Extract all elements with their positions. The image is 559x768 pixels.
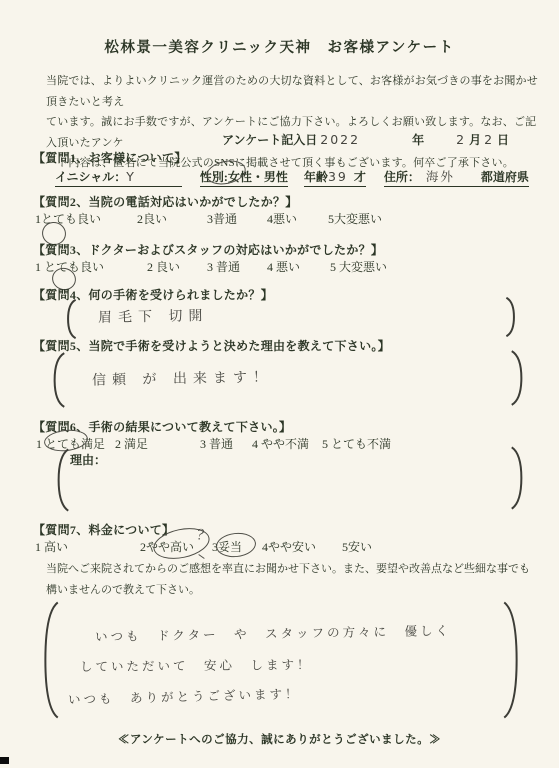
address-field: 住所：海外都道府県 [384,170,529,187]
option: 3普通 [207,210,237,227]
option: 3 普通 [200,435,233,452]
feedback-prompt-line: 構いませんので教えて下さい。 [46,580,546,601]
question-7-heading: 【質問7、料金について】 [33,521,174,538]
answer-bracket-left [56,448,70,512]
address-label: 住所： [384,170,420,184]
feedback-prompt: 当院へご来院されてからのご感想を率直にお聞かせ下さい。また、要望や改善点など些細… [46,559,546,600]
address-handwritten: 海外 [426,169,455,184]
date-month-handwritten: 2 [456,132,466,147]
scan-artifact-mark [0,757,9,764]
answer-bracket-right [510,446,524,510]
survey-date-line: アンケート記入日 2022 年 2 月 2 日 [222,131,509,148]
age-unit: 才 [354,170,366,184]
q4-answer-handwritten: 眉毛下 切開 [98,305,209,327]
option: 1 高い [35,538,68,555]
answer-bracket-right [502,600,520,720]
option: 2 満足 [115,435,148,452]
q5-answer-handwritten: 信頼 が 出来ます！ [92,366,273,389]
survey-form-page: 松林景一美容クリニック天神 お客様アンケート 当院では、よりよいクリニック運営の… [0,0,559,768]
option: 5大変悪い [328,210,382,227]
answer-bracket-right [510,350,524,406]
question-7-options: 1 高い 2やや高い 3妥当 4やや安い 5安い [0,538,559,555]
feedback-comment-handwritten: いつも ありがとうございます！ [68,684,301,708]
date-year-handwritten: 2022 [320,132,360,147]
answer-bracket-right [505,297,516,337]
age-label: 年齢 [304,170,328,184]
date-month-unit: 月 [469,131,481,148]
age-field: 年齢39才 [304,170,366,187]
q6-reason-label: 理由： [70,451,106,468]
question-3-options: 1 とても良い 2 良い 3 普通 4 悪い 5 大変悪い [0,258,559,275]
option: 5安い [342,538,372,555]
option: 2良い [137,210,167,227]
option: 4悪い [267,210,297,227]
answer-bracket-left [42,600,60,720]
page-title: 松林景一美容クリニック天神 お客様アンケート [0,36,559,57]
initial-field: イニシャル：Y [55,170,182,187]
intro-line: 当院では、よりよいクリニック運営のための大切な資料として、お客様がお気づきの事を… [46,71,544,112]
option: 4 やや不満 [252,435,309,452]
option: 2 良い [147,258,180,275]
question-3-heading: 【質問3、ドクターおよびスタッフの対応はいかがでしたか？】 [33,241,383,258]
date-day-unit: 日 [497,131,509,148]
question-1-fields: イニシャル：Y 性別:女性・男性 年齢39才 住所：海外都道府県 [55,167,529,185]
question-2-heading: 【質問2、当院の電話対応はいかがでしたか？】 [33,193,298,210]
date-label: アンケート記入日 [222,133,317,147]
feedback-comment-handwritten: いつも ドクター や スタッフの方々に 優しく [95,621,451,645]
pen-question-mark-annotation: ？ [196,524,213,546]
question-5-heading: 【質問5、当院で手術を受けようと決めた理由を教えて下さい。】 [33,337,390,354]
date-year-unit: 年 [412,131,424,148]
option: 3 普通 [207,258,240,275]
option: 5 大変悪い [330,258,387,275]
feedback-comment-handwritten: していただいて 安心 します！ [80,655,313,675]
option: 5 とても不満 [322,435,391,452]
initial-label: イニシャル： [55,170,126,184]
answer-bracket-left [66,299,77,339]
footer-thanks: ≪アンケートへのご協力、誠にありがとうございました。≫ [0,731,559,747]
question-1-heading: 【質問1、お客様について】 [33,149,187,166]
option: 4やや安い [262,538,316,555]
address-unit: 都道府県 [481,170,529,184]
date-day-handwritten: 2 [484,132,494,147]
feedback-prompt-line: 当院へご来院されてからのご感想を率直にお聞かせ下さい。また、要望や改善点など些細… [46,559,546,580]
option: 4 悪い [267,258,300,275]
age-handwritten: 39 [328,169,348,184]
initial-handwritten: Y [126,169,136,184]
question-2-options: 1とても良い 2良い 3普通 4悪い 5大変悪い [0,210,559,227]
answer-bracket-left [52,352,66,408]
